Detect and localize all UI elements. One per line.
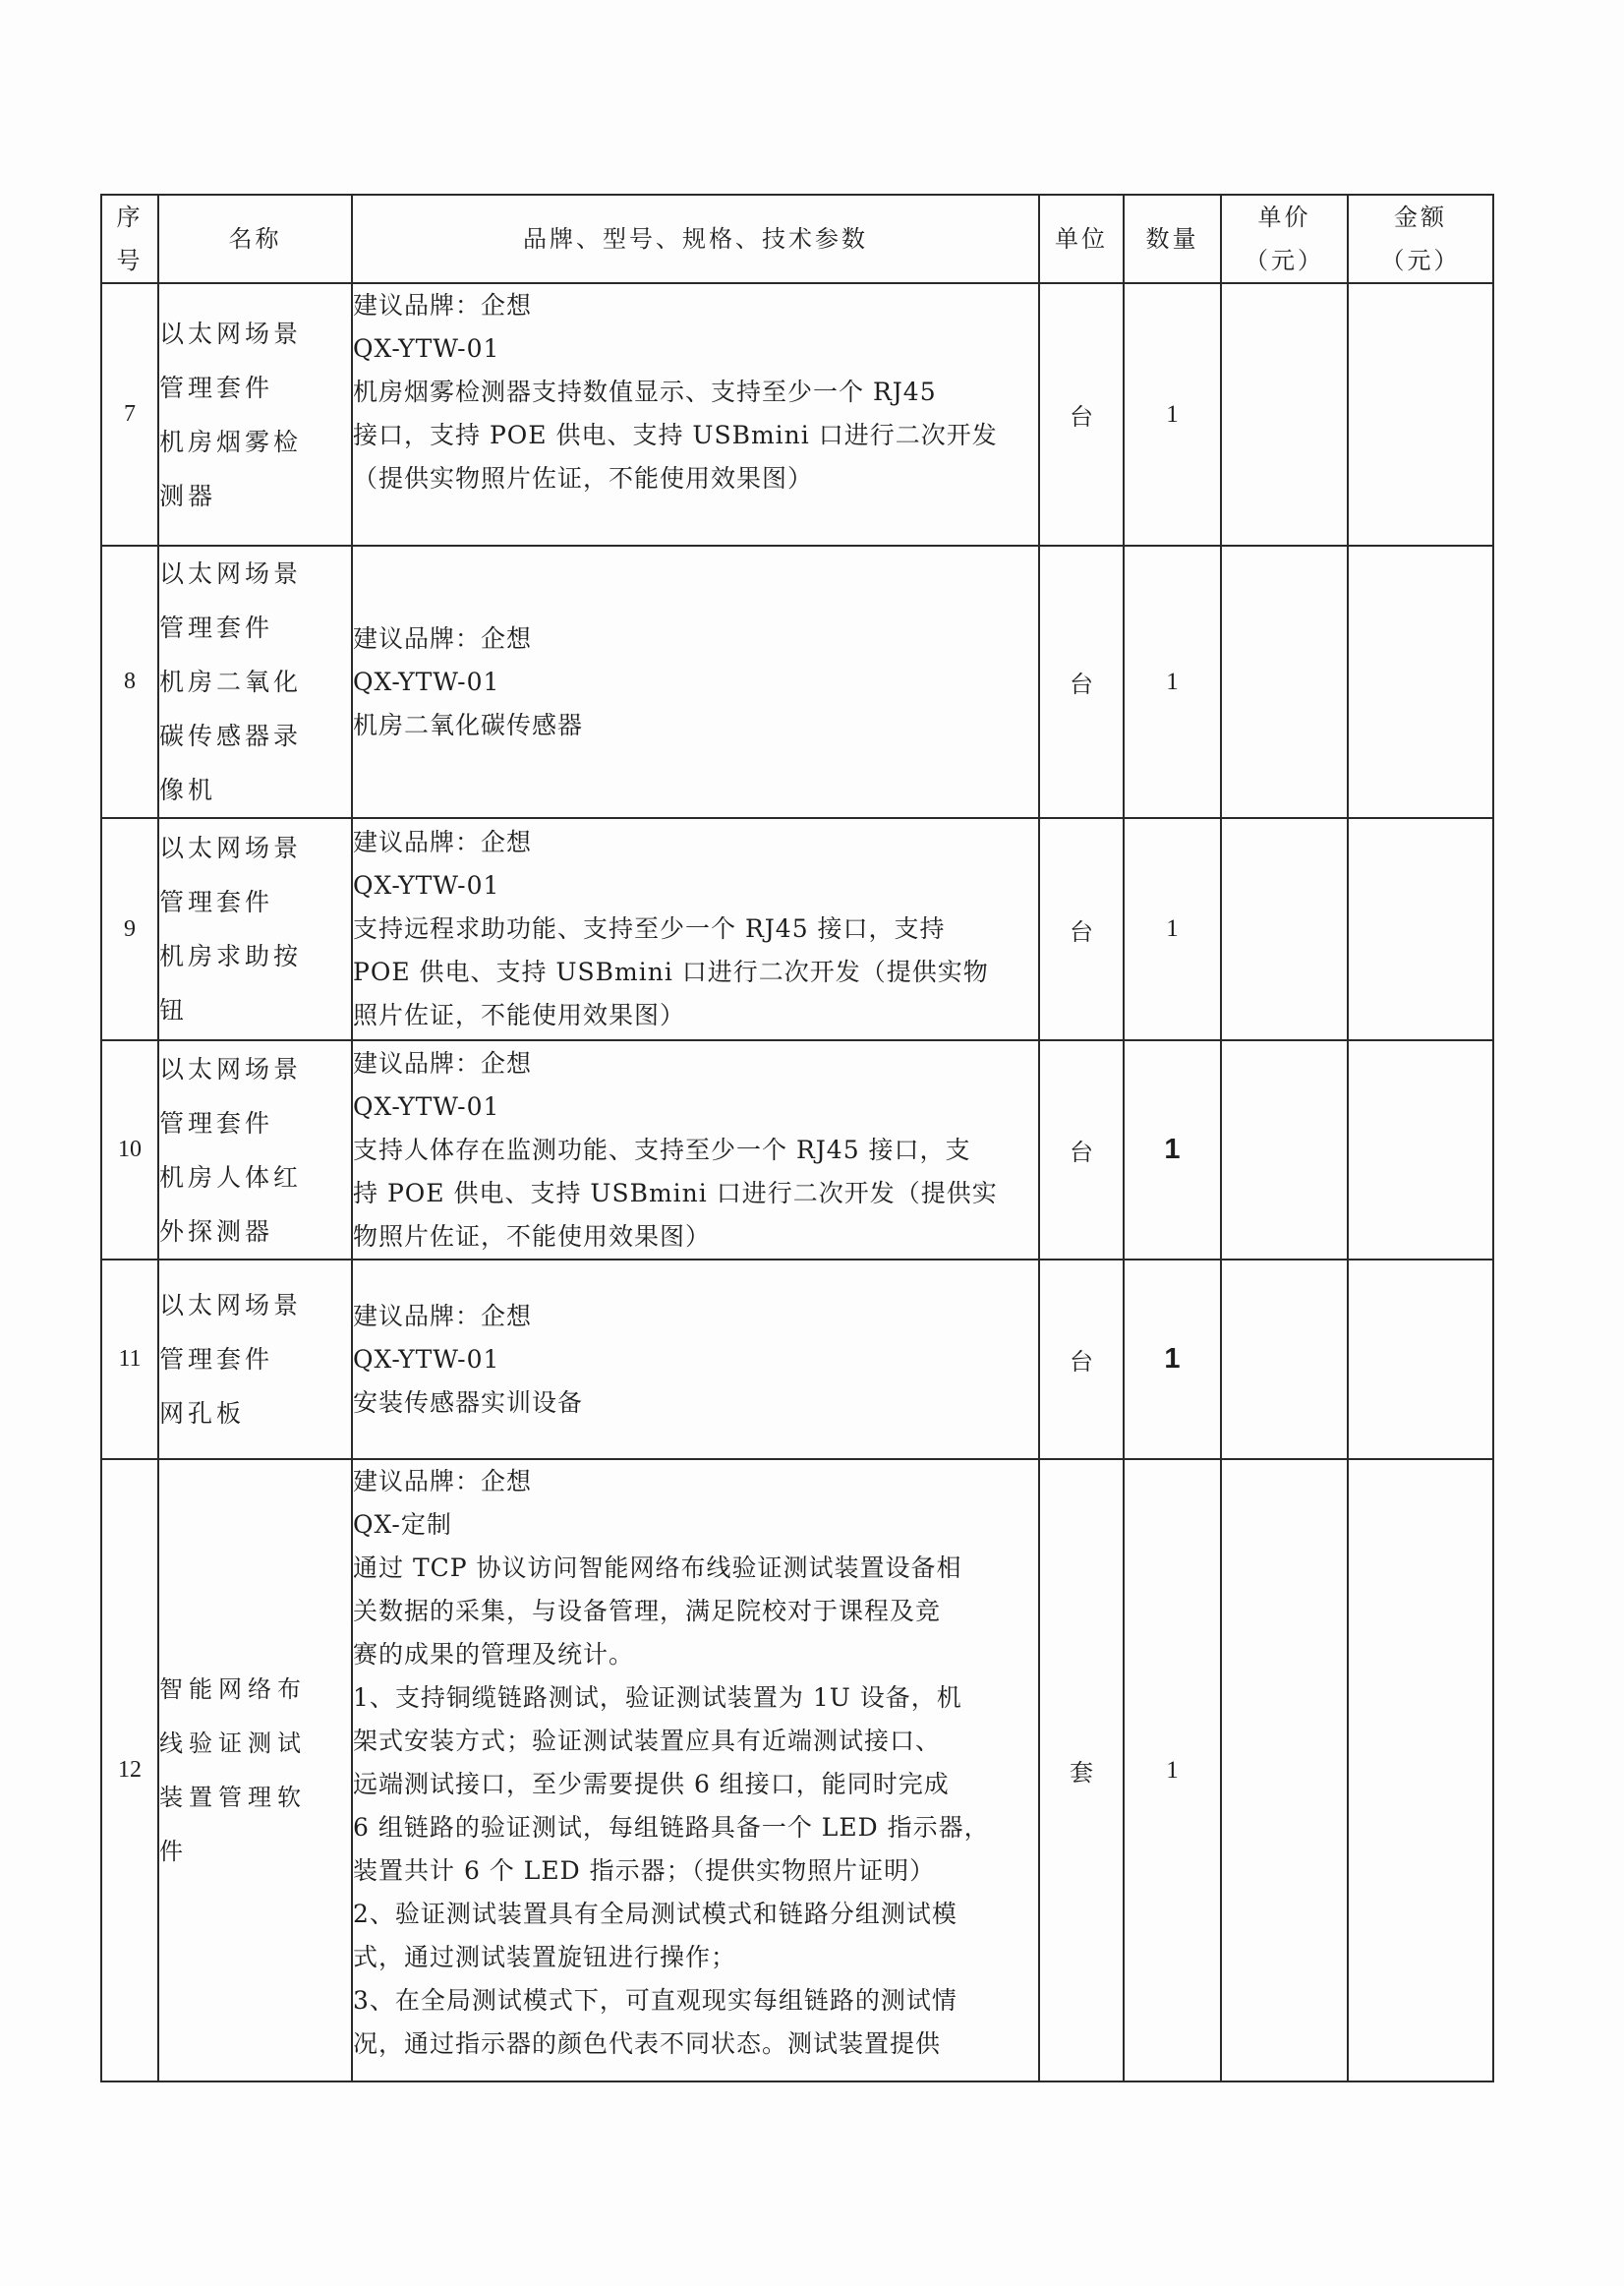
row-unit: 台: [1039, 283, 1124, 546]
row-spec: 建议品牌：企想 QX-YTW-01 安装传感器实训设备: [352, 1260, 1039, 1459]
header-price: 单价 （元）: [1221, 195, 1348, 283]
row-no: 8: [101, 546, 158, 818]
header-qty: 数量: [1124, 195, 1221, 283]
row-amount: [1348, 1459, 1493, 2081]
row-amount: [1348, 546, 1493, 818]
row-price: [1221, 283, 1348, 546]
table-row: 12 智能网络布 线验证测试 装置管理软 件 建议品牌：企想 QX-定制 通过 …: [101, 1459, 1493, 2081]
row-no: 12: [101, 1459, 158, 2081]
row-unit: 台: [1039, 1040, 1124, 1260]
row-qty: 1: [1124, 283, 1221, 546]
header-unit: 单位: [1039, 195, 1124, 283]
document-page: 序 号 名称 品牌、型号、规格、技术参数 单位 数量 单价 （元） 金额 （元）…: [0, 0, 1624, 2286]
table-row: 7 以太网场景 管理套件 机房烟雾检 测器 建议品牌：企想 QX-YTW-01 …: [101, 283, 1493, 546]
row-qty: 1: [1124, 1260, 1221, 1459]
row-amount: [1348, 283, 1493, 546]
table-row: 9 以太网场景 管理套件 机房求助按 钮 建议品牌：企想 QX-YTW-01 支…: [101, 818, 1493, 1040]
row-price: [1221, 1260, 1348, 1459]
table-row: 11 以太网场景 管理套件 网孔板 建议品牌：企想 QX-YTW-01 安装传感…: [101, 1260, 1493, 1459]
row-no: 9: [101, 818, 158, 1040]
header-amount: 金额 （元）: [1348, 195, 1493, 283]
row-unit: 台: [1039, 546, 1124, 818]
row-price: [1221, 818, 1348, 1040]
table-header-row: 序 号 名称 品牌、型号、规格、技术参数 单位 数量 单价 （元） 金额 （元）: [101, 195, 1493, 283]
row-name: 以太网场景 管理套件 机房烟雾检 测器: [158, 283, 352, 546]
row-qty: 1: [1124, 546, 1221, 818]
table-row: 10 以太网场景 管理套件 机房人体红 外探测器 建议品牌：企想 QX-YTW-…: [101, 1040, 1493, 1260]
row-price: [1221, 1459, 1348, 2081]
table-row: 8 以太网场景 管理套件 机房二氧化 碳传感器录 像机 建议品牌：企想 QX-Y…: [101, 546, 1493, 818]
row-name: 以太网场景 管理套件 机房求助按 钮: [158, 818, 352, 1040]
row-name: 智能网络布 线验证测试 装置管理软 件: [158, 1459, 352, 2081]
row-unit: 台: [1039, 818, 1124, 1040]
row-unit: 套: [1039, 1459, 1124, 2081]
row-spec: 建议品牌：企想 QX-YTW-01 机房烟雾检测器支持数值显示、支持至少一个 R…: [352, 283, 1039, 546]
row-spec: 建议品牌：企想 QX-YTW-01 机房二氧化碳传感器: [352, 546, 1039, 818]
row-unit: 台: [1039, 1260, 1124, 1459]
row-spec: 建议品牌：企想 QX-定制 通过 TCP 协议访问智能网络布线验证测试装置设备相…: [352, 1459, 1039, 2081]
row-name: 以太网场景 管理套件 机房人体红 外探测器: [158, 1040, 352, 1260]
header-name: 名称: [158, 195, 352, 283]
row-no: 7: [101, 283, 158, 546]
row-price: [1221, 546, 1348, 818]
quotation-table: 序 号 名称 品牌、型号、规格、技术参数 单位 数量 单价 （元） 金额 （元）…: [100, 194, 1494, 2082]
header-spec: 品牌、型号、规格、技术参数: [352, 195, 1039, 283]
row-spec: 建议品牌：企想 QX-YTW-01 支持人体存在监测功能、支持至少一个 RJ45…: [352, 1040, 1039, 1260]
header-no: 序 号: [101, 195, 158, 283]
row-amount: [1348, 818, 1493, 1040]
row-qty: 1: [1124, 1459, 1221, 2081]
row-price: [1221, 1040, 1348, 1260]
row-amount: [1348, 1040, 1493, 1260]
row-no: 10: [101, 1040, 158, 1260]
row-qty: 1: [1124, 818, 1221, 1040]
row-spec: 建议品牌：企想 QX-YTW-01 支持远程求助功能、支持至少一个 RJ45 接…: [352, 818, 1039, 1040]
row-no: 11: [101, 1260, 158, 1459]
row-qty: 1: [1124, 1040, 1221, 1260]
row-name: 以太网场景 管理套件 机房二氧化 碳传感器录 像机: [158, 546, 352, 818]
row-name: 以太网场景 管理套件 网孔板: [158, 1260, 352, 1459]
row-amount: [1348, 1260, 1493, 1459]
